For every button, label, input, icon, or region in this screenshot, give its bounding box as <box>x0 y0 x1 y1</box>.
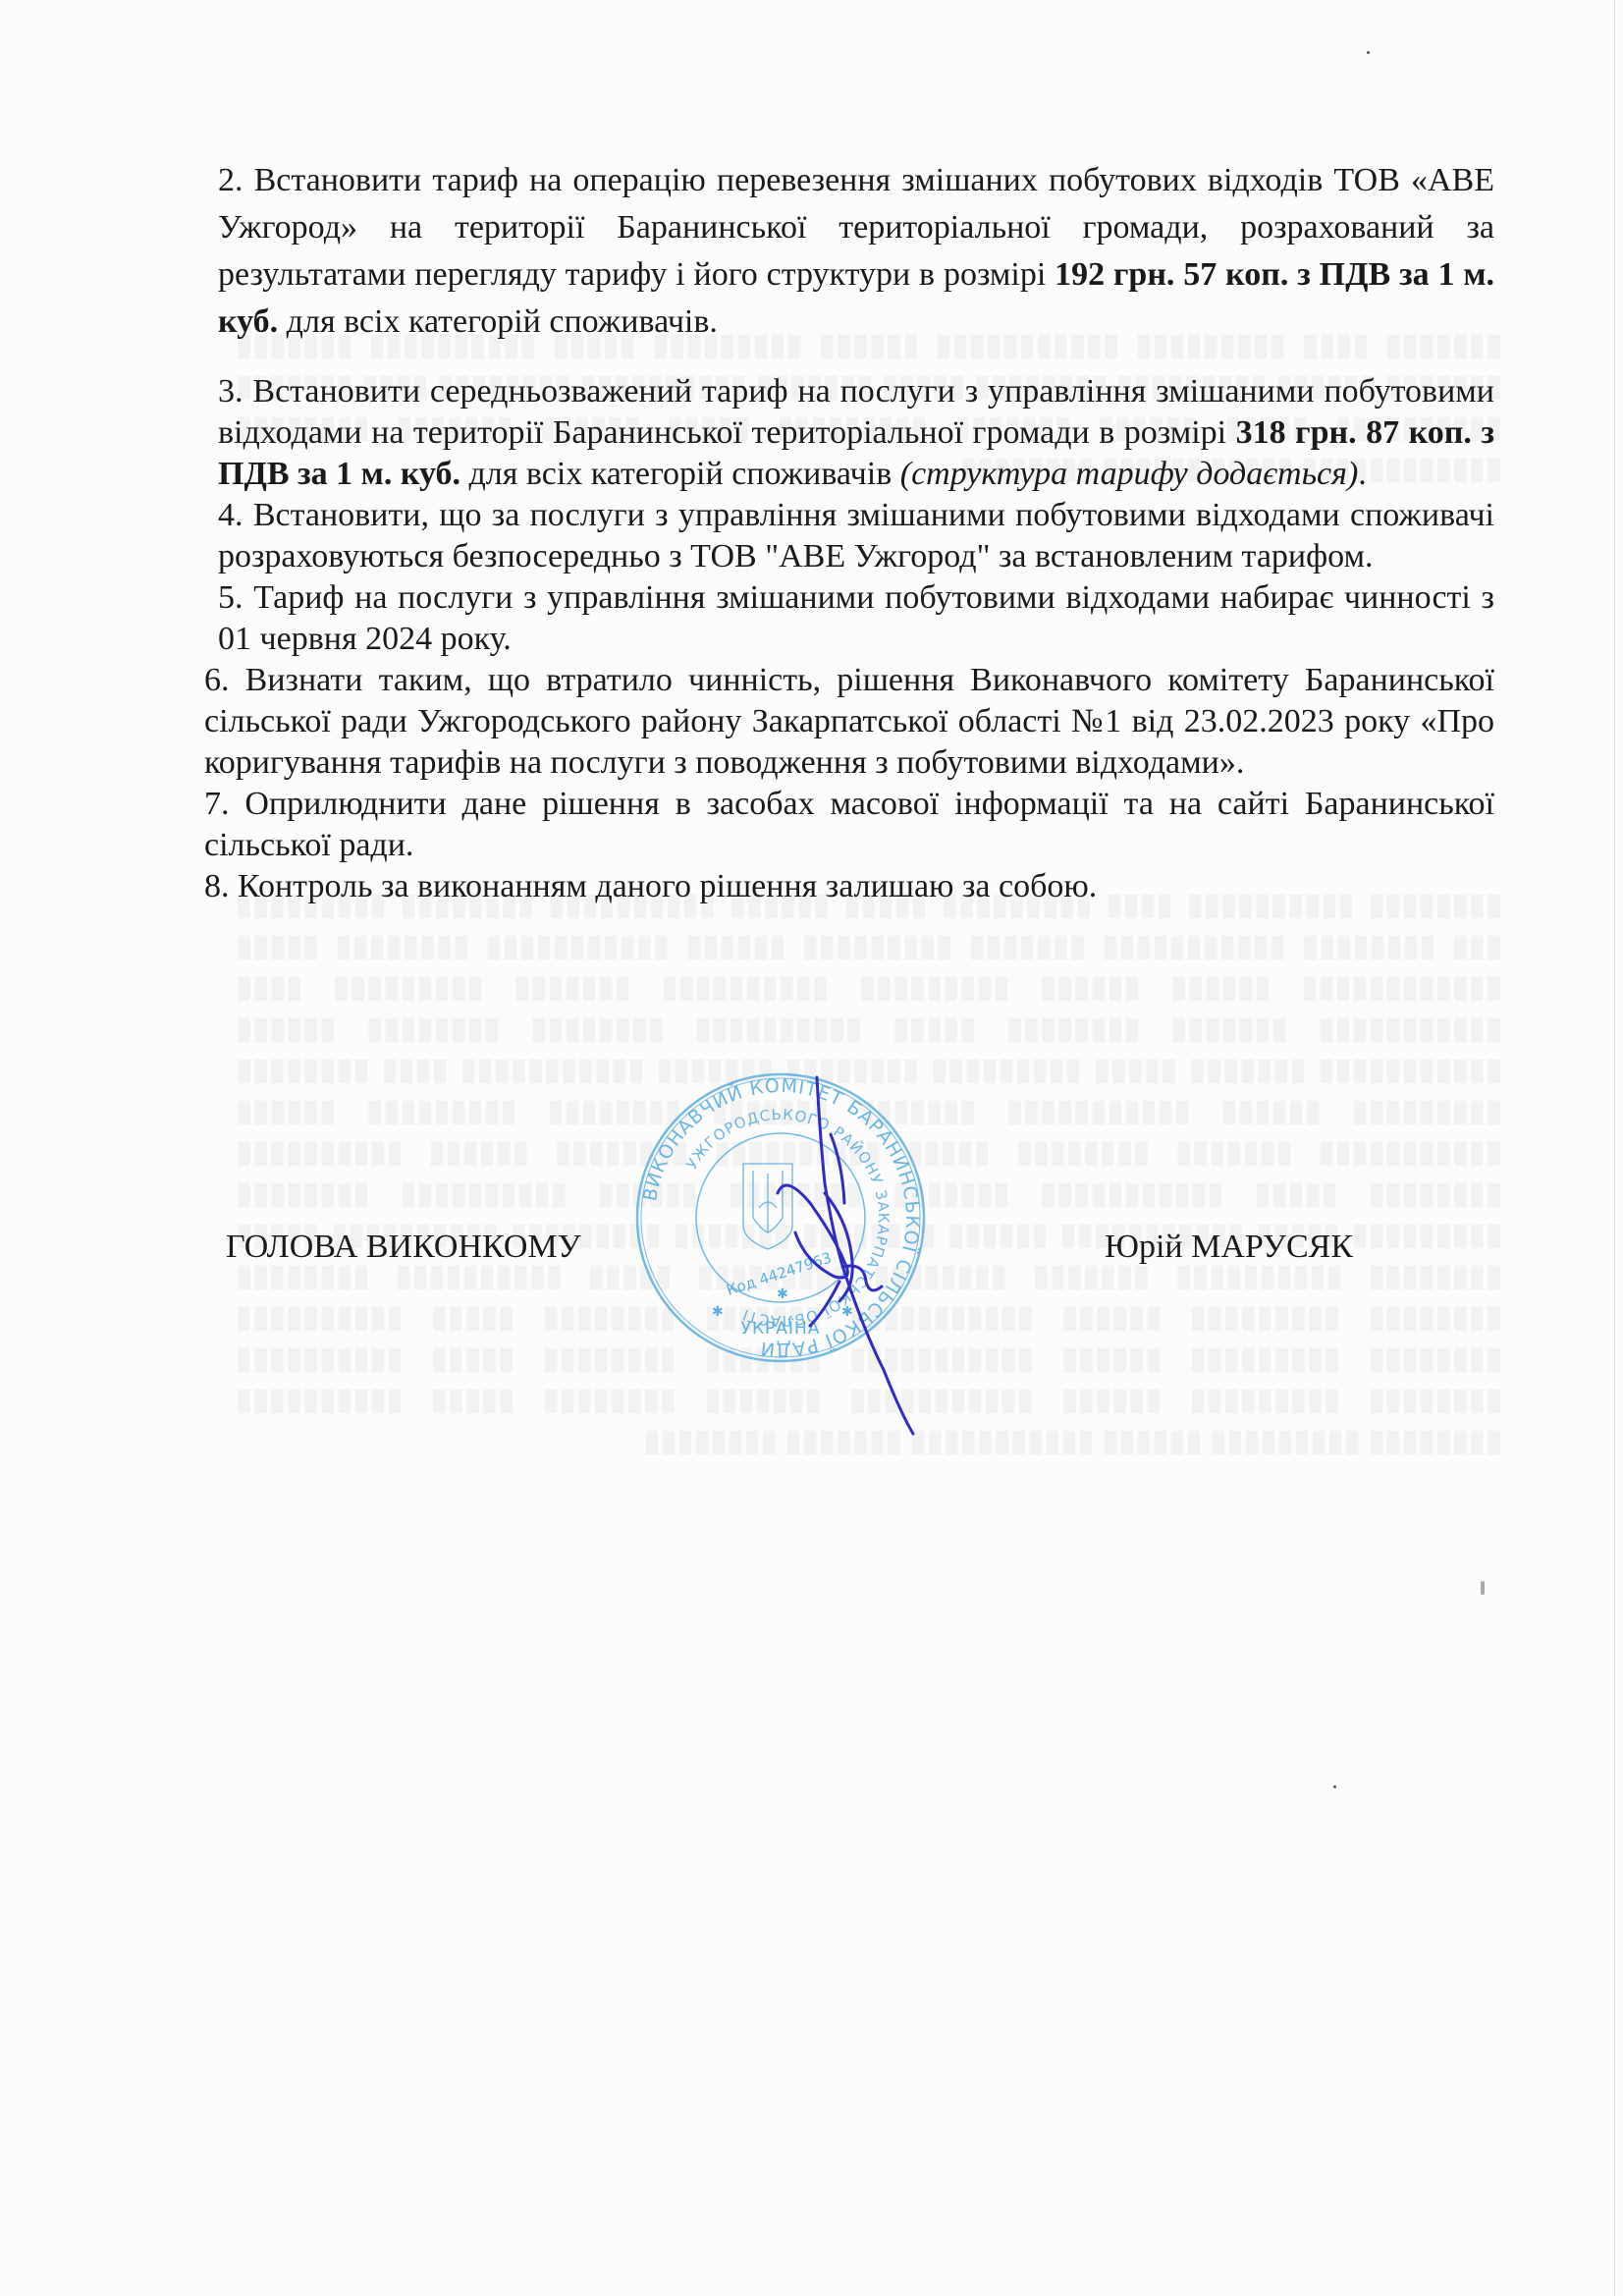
scan-speck <box>1481 1581 1485 1595</box>
show-through-texture: ▮▮▮▮▮▮▮▮ ▮▮▮▮▮▮▮▮▮▮ ▮▮▮▮ ▮▮▮▮▮▮▮▮▮ ▮▮▮▮▮… <box>236 884 1502 2092</box>
paragraph-2: 2. Встановити тариф на операцію перевезе… <box>218 157 1494 346</box>
paragraph-2-tail: для всіх категорій споживачів. <box>278 303 718 340</box>
paragraph-3: 3. Встановити середньозважений тариф на … <box>218 371 1494 495</box>
signatory-name: Юрій МАРУСЯК <box>1105 1226 1353 1269</box>
paragraph-3-end: . <box>1358 456 1367 492</box>
paragraph-4: 4. Встановити, що за послуги з управлінн… <box>218 495 1494 577</box>
page-edge <box>1614 0 1615 2296</box>
paragraph-gap <box>218 346 1494 371</box>
paragraph-7: 7. Оприлюднити дане рішення в засобах ма… <box>204 784 1494 866</box>
paragraph-5: 5. Тариф на послуги з управління змішани… <box>218 577 1494 660</box>
scan-speck <box>1333 1785 1336 1788</box>
paragraph-8: 8. Контроль за виконанням даного рішення… <box>204 866 1494 907</box>
scan-speck <box>1367 51 1370 54</box>
decision-body: 2. Встановити тариф на операцію перевезе… <box>218 157 1494 907</box>
paragraph-6: 6. Визнати таким, що втратило чинність, … <box>204 660 1494 784</box>
tariff-structure-note: (структура тарифу додається) <box>900 456 1359 492</box>
signatory-position: ГОЛОВА ВИКОНКОМУ <box>226 1226 581 1269</box>
paragraph-3-mid: для всіх категорій споживачів <box>460 456 900 492</box>
stamp-star-icon: ✱ <box>712 1305 724 1320</box>
handwritten-signature <box>766 1075 943 1439</box>
